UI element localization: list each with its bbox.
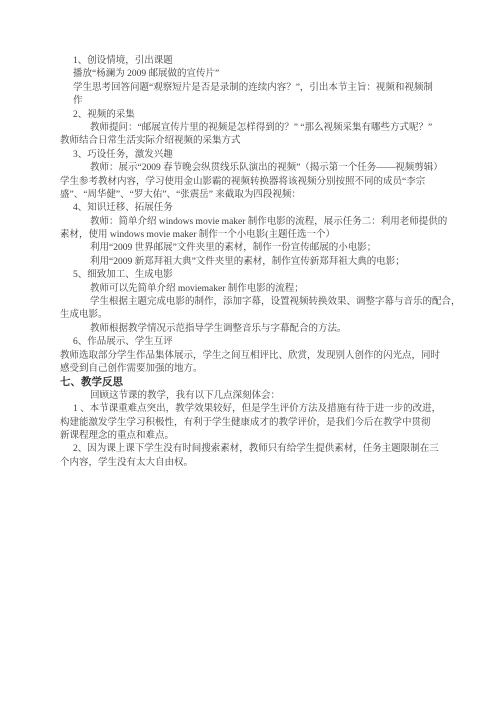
text-line: 1 、本节课重难点突出，教学效果较好，但是学生评价方法及措施有待于进一步的改进，	[60, 403, 450, 416]
text-line: 教师提问：“邮展宣传片里的视频是怎样得到的？” “那么视频采集有哪些方式呢？”	[60, 122, 450, 135]
text-line: 学生根据主题完成电影的制作，添加字幕，设置视频转换效果、调整字幕与音乐的配合，	[60, 296, 450, 309]
text-line: 5、细致加工、生成电影	[60, 269, 450, 282]
section-heading: 七、教学反思	[60, 376, 450, 389]
text-line: 生成电影。	[60, 309, 450, 322]
text-line: 6、作品展示、学生互评	[60, 336, 450, 349]
text-line: 构建能激发学生学习积极性，有利于学生健康成才的教学评价，是我们今后在教学中贯彻	[60, 417, 450, 430]
text-line: 教师结合日常生活实际介绍视频的采集方式	[60, 135, 450, 148]
text-line: 个内容，学生没有太大自由权。	[60, 457, 450, 470]
text-line: 利用“2009 世界邮展”文件夹里的素材，制作一份宣传邮展的小电影；	[60, 242, 450, 255]
document-page: 1、创设情境，引出课题播放“杨澜为 2009 邮展做的宣传片”学生思考回答问题“…	[0, 0, 500, 707]
text-line: 盛”、“周华健”、“罗大佑”、“张震岳” 来截取为四段视频：	[60, 189, 450, 202]
text-line: 3、巧设任务，激发兴趣	[60, 149, 450, 162]
text-line: 素材，使用 windows movie maker 制作一个小电影(主题任选一个…	[60, 229, 450, 242]
text-line: 教师选取部分学生作品集体展示，学生之间互相评比、欣赏，发现别人创作的闪光点，同时	[60, 350, 450, 363]
text-content: 1、创设情境，引出课题播放“杨澜为 2009 邮展做的宣传片”学生思考回答问题“…	[60, 55, 450, 470]
text-line: 教师：展示“2009 春节晚会纵贯线乐队演出的视频”（揭示第一个任务——视频剪辑…	[60, 162, 450, 175]
text-line: 1、创设情境，引出课题	[60, 55, 450, 68]
text-line: 教师：简单介绍 windows movie maker 制作电影的流程，展示任务…	[60, 216, 450, 229]
text-line: 播放“杨澜为 2009 邮展做的宣传片”	[60, 68, 450, 81]
text-line: 2、因为课上课下学生没有时间搜索素材，教师只有给学生提供素材，任务主题限制在三	[60, 443, 450, 456]
text-line: 4、知识迁移、拓展任务	[60, 202, 450, 215]
text-line: 教师可以先简单介绍 moviemaker 制作电影的流程；	[60, 283, 450, 296]
text-line: 利用“2009 新郑拜祖大典”文件夹里的素材，制作宣传新郑拜祖大典的电影；	[60, 256, 450, 269]
text-line: 作	[60, 95, 450, 108]
text-line: 学生参考教材内容，学习使用金山影霸的视频转换器将该视频分别按照不同的成员“李宗	[60, 176, 450, 189]
text-line: 教师根据教学情况示范指导学生调整音乐与字幕配合的方法。	[60, 323, 450, 336]
text-line: 2、视频的采集	[60, 109, 450, 122]
text-line: 感受到自己创作需要加强的地方。	[60, 363, 450, 376]
text-line: 学生思考回答问题“观察短片是否是录制的连续内容？”，引出本节主旨：视频和视频制	[60, 82, 450, 95]
text-line: 回顾这节课的教学，我有以下几点深刻体会：	[60, 390, 450, 403]
text-line: 新课程理念的重点和难点。	[60, 430, 450, 443]
